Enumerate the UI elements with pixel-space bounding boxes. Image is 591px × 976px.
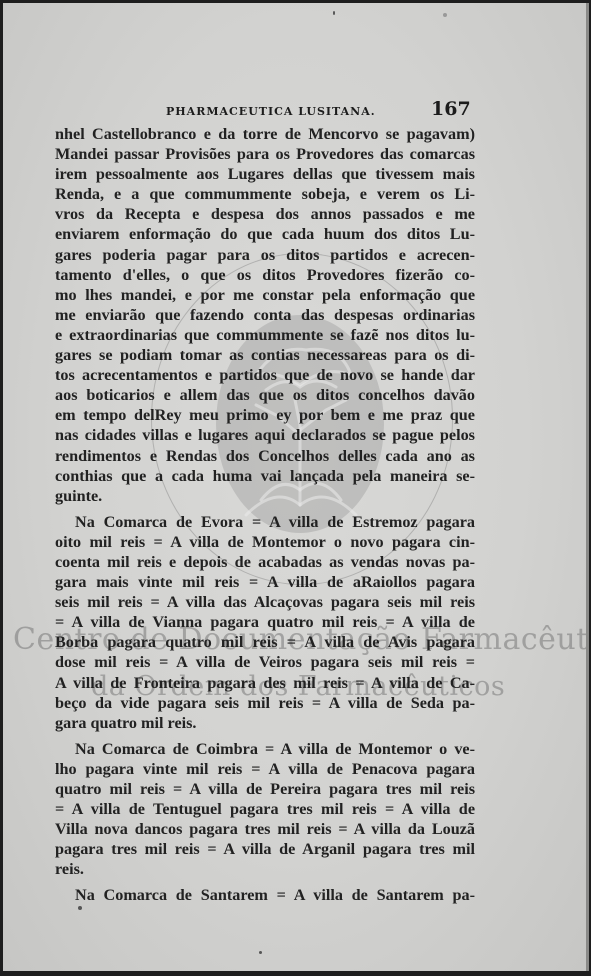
text-line: em tempo delRey meu primo ey por bem e m… [55, 405, 475, 425]
paragraph-comarca-evora: Na Comarca de Evora = A villa de Estremo… [55, 512, 475, 733]
text-line: me enviarão que fazendo conta das despes… [55, 305, 475, 325]
text-line: rendimentos e Rendas dos Concelhos delle… [55, 446, 475, 466]
text-line: conthias que a cada huma vai lançada pel… [55, 466, 475, 486]
page-header: PHARMACEUTICA LUSITANA. 167 [3, 97, 586, 121]
text-line: gares poderia pagar para os ditos partid… [55, 245, 475, 265]
text-line: vros da Recepta e despesa dos annos pass… [55, 204, 475, 224]
text-line: enviarem enformação do que cada huum dos… [55, 224, 475, 244]
text-line: tos acrecentamentos e partidos que de no… [55, 365, 475, 385]
text-line: tamento d'elles, o que os ditos Provedor… [55, 265, 475, 285]
text-line: seis mil reis = A villa das Alcaçovas pa… [55, 592, 475, 612]
text-line: coenta mil reis e depois de acabadas as … [55, 552, 475, 572]
text-line: pagara tres mil reis = A villa de Argani… [55, 839, 475, 859]
paper-speck [78, 906, 82, 910]
page-body-text: nhel Castellobranco e da torre de Mencor… [55, 124, 475, 906]
text-line: A villa de Fronteira pagara des mil reis… [55, 673, 475, 693]
text-line: mo lhes mandei, e por me constar pela en… [55, 285, 475, 305]
text-line: dose mil reis = A villa de Veiros pagara… [55, 652, 475, 672]
text-line: Na Comarca de Coimbra = A villa de Monte… [55, 739, 475, 759]
text-line: = A villa de Vianna pagara quatro mil re… [55, 612, 475, 632]
text-line: Borba pagara quatro mil reis = A villa d… [55, 632, 475, 652]
text-line: reis. [55, 859, 475, 879]
scanned-book-page: Centro de Documentação Farmacêutica da O… [3, 3, 589, 971]
text-line: gara quatro mil reis. [55, 713, 475, 733]
text-line: = A villa de Tentuguel pagara tres mil r… [55, 799, 475, 819]
text-line: e extraordinarias que commummente se faz… [55, 325, 475, 345]
text-line: beço da vide pagara seis mil reis = A vi… [55, 693, 475, 713]
text-line: Na Comarca de Santarem = A villa de Sant… [55, 885, 475, 905]
text-line: Mandei passar Provisões para os Provedor… [55, 144, 475, 164]
page-number: 167 [431, 98, 471, 120]
text-line: guinte. [55, 486, 475, 506]
text-line: Villa nova dancos pagara tres mil reis =… [55, 819, 475, 839]
text-line: quatro mil reis = A villa de Pereira pag… [55, 779, 475, 799]
text-line: lho pagara vinte mil reis = A villa de P… [55, 759, 475, 779]
text-line: aos boticarios e allem das que os ditos … [55, 385, 475, 405]
text-line: Na Comarca de Evora = A villa de Estremo… [55, 512, 475, 532]
text-line: Renda, e a que commummente sobeja, e ver… [55, 184, 475, 204]
paper-speck [443, 13, 447, 17]
paragraph-comarca-santarem: Na Comarca de Santarem = A villa de Sant… [55, 885, 475, 905]
text-line: irem pessoalmente aos Lugares dellas que… [55, 164, 475, 184]
text-line: nhel Castellobranco e da torre de Mencor… [55, 124, 475, 144]
text-line: gares se podiam tomar as contias necessa… [55, 345, 475, 365]
paper-speck [259, 951, 262, 954]
running-title: PHARMACEUTICA LUSITANA. [166, 105, 376, 118]
paragraph-comarca-coimbra: Na Comarca de Coimbra = A villa de Monte… [55, 739, 475, 880]
text-line: gara mais vinte mil reis = A villa de aR… [55, 572, 475, 592]
text-line: oito mil reis = A villa de Montemor o no… [55, 532, 475, 552]
text-line: nas cidades villas e lugares aqui declar… [55, 425, 475, 445]
paragraph-provisoes: nhel Castellobranco e da torre de Mencor… [55, 124, 475, 506]
paper-speck [333, 11, 335, 15]
